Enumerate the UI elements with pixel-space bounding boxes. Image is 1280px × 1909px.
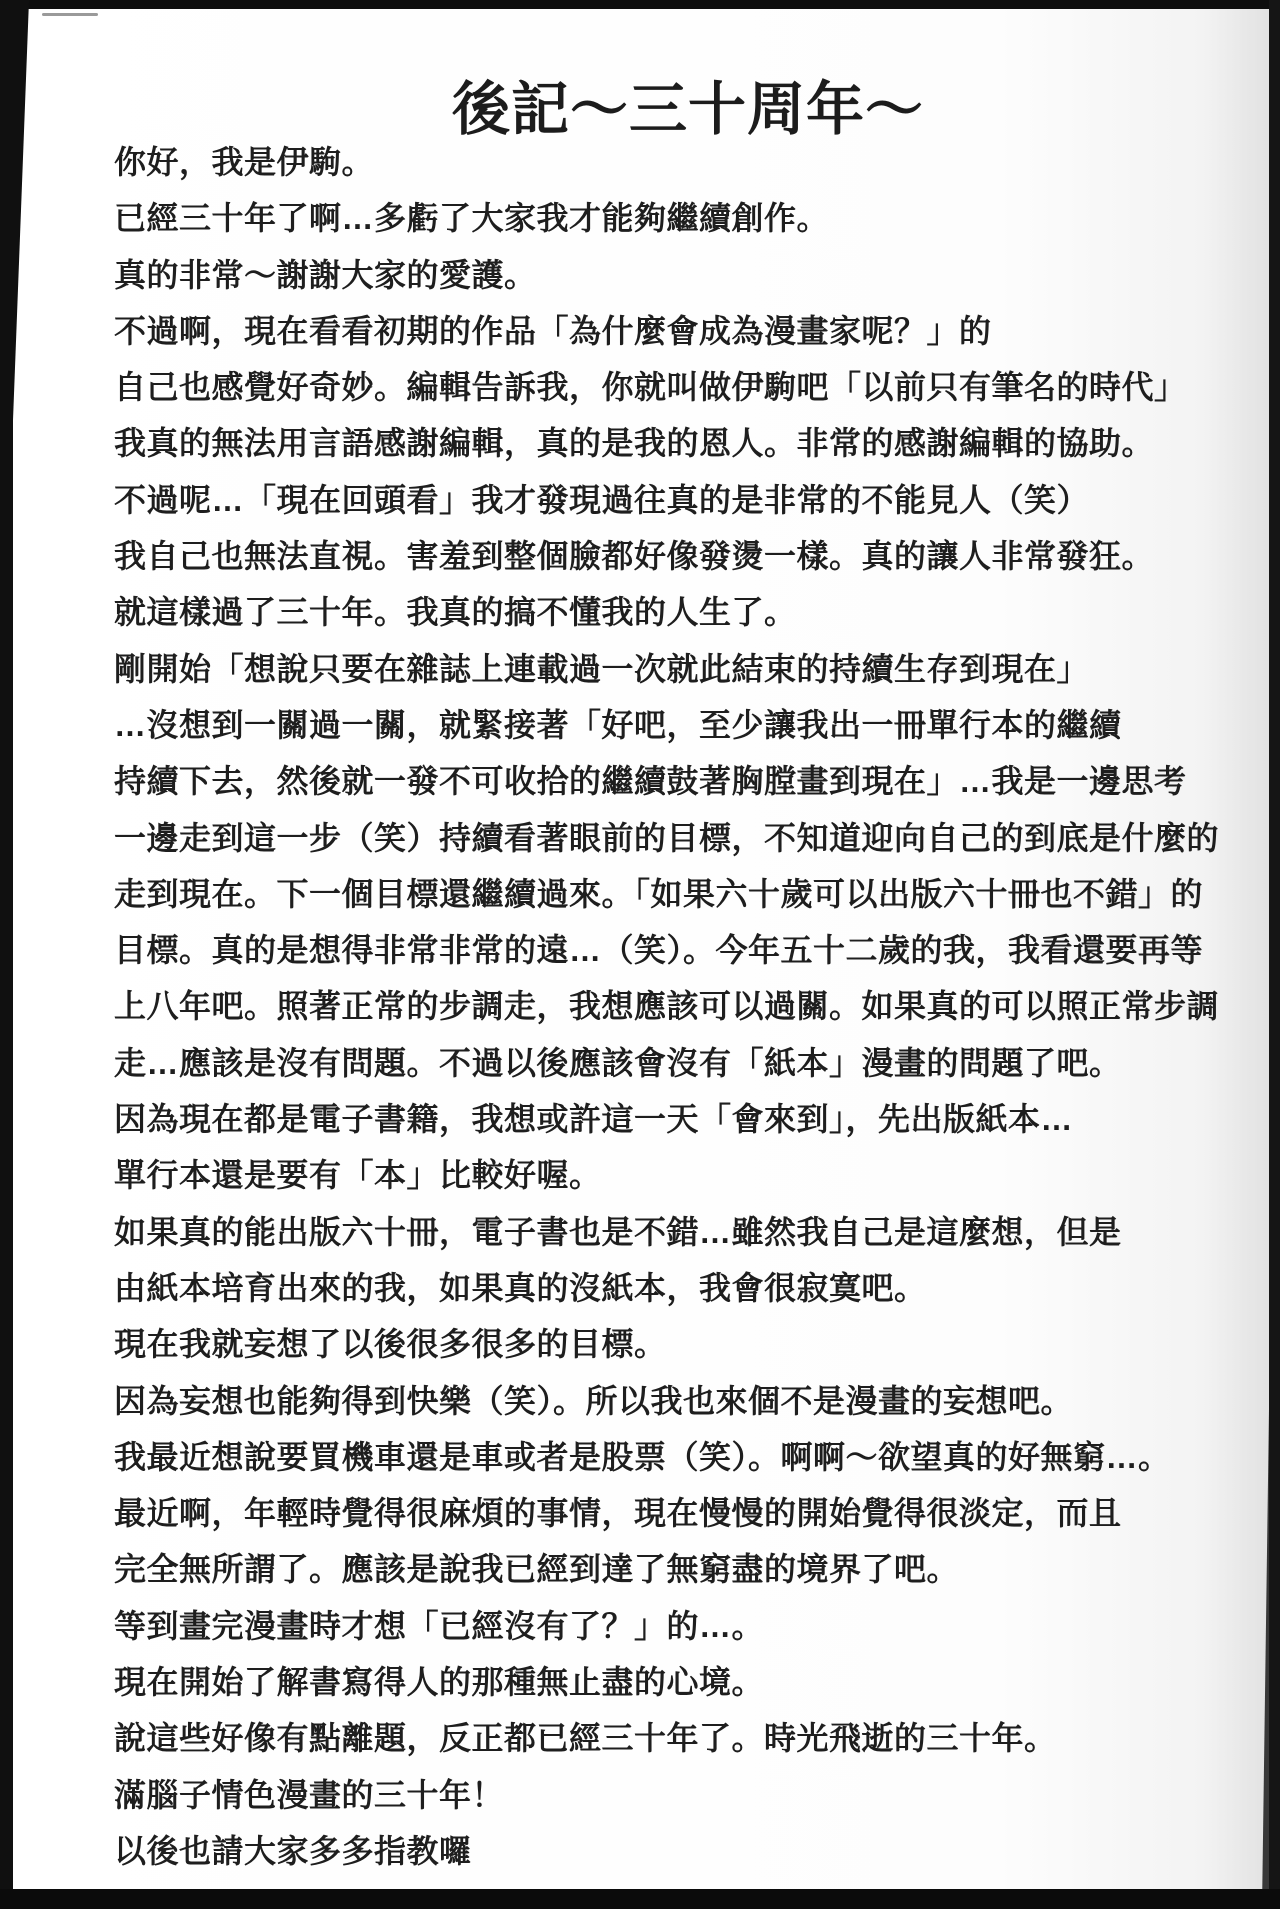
text-line: 不過啊，現在看看初期的作品「為什麼會成為漫畫家呢？」的	[114, 303, 1254, 359]
scan-border-left-wedge	[13, 0, 29, 420]
text-line: 由紙本培育出來的我，如果真的沒紙本，我會很寂寞吧。	[114, 1260, 1254, 1316]
text-line: 剛開始「想說只要在雜誌上連載過一次就此結束的持續生存到現在」	[114, 641, 1254, 697]
text-line: 因為現在都是電子書籍，我想或許這一天「會來到」，先出版紙本…	[114, 1091, 1254, 1147]
text-line: 持續下去，然後就一發不可收拾的繼續鼓著胸膛畫到現在」…我是一邊思考	[114, 753, 1254, 809]
text-line: 完全無所謂了。應該是說我已經到達了無窮盡的境界了吧。	[114, 1541, 1254, 1597]
afterword-body-text: 你好，我是伊駒。已經三十年了啊…多虧了大家我才能夠繼續創作。真的非常～謝謝大家的…	[114, 134, 1254, 1879]
text-line: 最近啊，年輕時覺得很麻煩的事情，現在慢慢的開始覺得很淡定，而且	[114, 1485, 1254, 1541]
text-line: 不過呢…「現在回頭看」我才發現過往真的是非常的不能見人（笑）	[114, 472, 1254, 528]
text-line: 走到現在。下一個目標還繼續過來。「如果六十歲可以出版六十冊也不錯」的	[114, 866, 1254, 922]
scan-border-right-wedge	[1262, 1409, 1269, 1909]
text-line: 現在我就妄想了以後很多很多的目標。	[114, 1316, 1254, 1372]
scan-border-right	[1269, 0, 1280, 1909]
text-line: 你好，我是伊駒。	[114, 134, 1254, 190]
text-line: …沒想到一關過一關，就緊接著「好吧，至少讓我出一冊單行本的繼續	[114, 697, 1254, 753]
text-line: 以後也請大家多多指教囉	[114, 1823, 1254, 1879]
scan-border-bottom	[0, 1889, 1280, 1909]
text-line: 滿腦子情色漫畫的三十年！	[114, 1767, 1254, 1823]
text-line: 真的非常～謝謝大家的愛護。	[114, 247, 1254, 303]
text-line: 因為妄想也能夠得到快樂（笑）。所以我也來個不是漫畫的妄想吧。	[114, 1373, 1254, 1429]
scan-border-left	[0, 0, 13, 1909]
text-line: 自己也感覺好奇妙。編輯告訴我，你就叫做伊駒吧「以前只有筆名的時代」	[114, 359, 1254, 415]
text-line: 現在開始了解書寫得人的那種無止盡的心境。	[114, 1654, 1254, 1710]
text-line: 單行本還是要有「本」比較好喔。	[114, 1147, 1254, 1203]
scan-border-top	[0, 0, 1280, 9]
text-line: 目標。真的是想得非常非常的遠…（笑）。今年五十二歲的我，我看還要再等	[114, 922, 1254, 978]
text-line: 就這樣過了三十年。我真的搞不懂我的人生了。	[114, 584, 1254, 640]
text-line: 走…應該是沒有問題。不過以後應該會沒有「紙本」漫畫的問題了吧。	[114, 1035, 1254, 1091]
text-line: 我最近想說要買機車還是車或者是股票（笑）。啊啊～欲望真的好無窮…。	[114, 1429, 1254, 1485]
scanned-afterword-page: 後記～三十周年～ 你好，我是伊駒。已經三十年了啊…多虧了大家我才能夠繼續創作。真…	[0, 0, 1280, 1909]
text-line: 已經三十年了啊…多虧了大家我才能夠繼續創作。	[114, 190, 1254, 246]
scan-scratch-mark	[42, 13, 98, 16]
text-line: 我真的無法用言語感謝編輯，真的是我的恩人。非常的感謝編輯的協助。	[114, 415, 1254, 471]
text-line: 說這些好像有點離題，反正都已經三十年了。時光飛逝的三十年。	[114, 1710, 1254, 1766]
text-line: 等到畫完漫畫時才想「已經沒有了？」的…。	[114, 1598, 1254, 1654]
text-line: 如果真的能出版六十冊，電子書也是不錯…雖然我自己是這麼想，但是	[114, 1204, 1254, 1260]
text-line: 我自己也無法直視。害羞到整個臉都好像發燙一樣。真的讓人非常發狂。	[114, 528, 1254, 584]
text-line: 上八年吧。照著正常的步調走，我想應該可以過關。如果真的可以照正常步調	[114, 978, 1254, 1034]
text-line: 一邊走到這一步（笑）持續看著眼前的目標，不知道迎向自己的到底是什麼的	[114, 810, 1254, 866]
